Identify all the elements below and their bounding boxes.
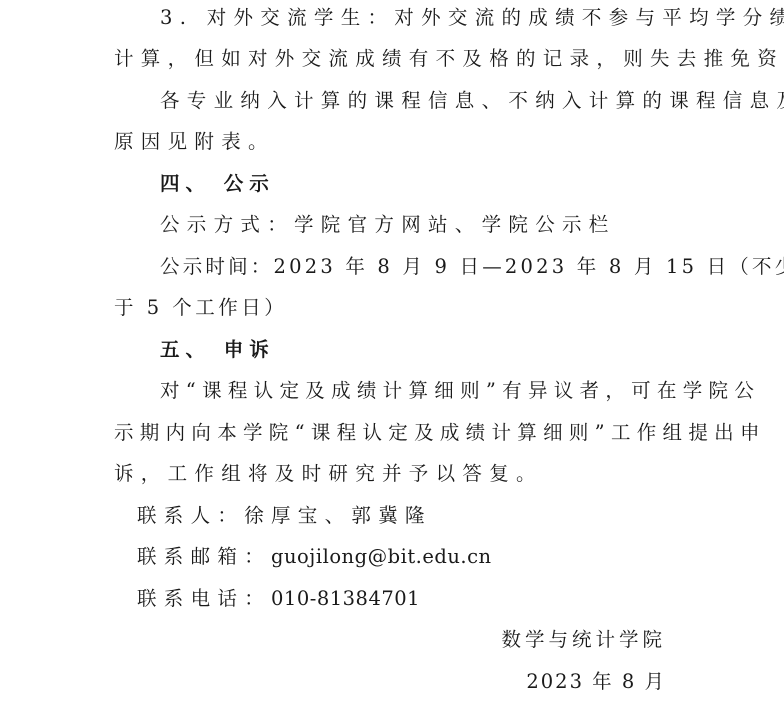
contact-email[interactable]: guojilong@bit.edu.cn bbox=[271, 545, 492, 568]
signature-org: 数学与统计学院 bbox=[501, 628, 666, 652]
publicity-method: 公示方式：学院官方网站、学院公示栏 bbox=[160, 213, 616, 237]
contact-phone: 010-81384701 bbox=[271, 587, 420, 610]
contact-email-label: 联系邮箱： bbox=[137, 545, 271, 568]
appendix-note-line1: 各专业纳入计算的课程信息、不纳入计算的课程信息及 bbox=[160, 89, 784, 113]
publicity-time-line2: 于 5 个工作日） bbox=[114, 296, 287, 320]
section5-heading: 五、 申诉 bbox=[160, 338, 275, 362]
publicity-time-line1: 公示时间：2023 年 8 月 9 日—2023 年 8 月 15 日（不少 bbox=[160, 255, 784, 279]
contact-phone-label: 联系电话： bbox=[137, 587, 271, 610]
contact-phone-row: 联系电话：010-81384701 bbox=[137, 587, 420, 611]
appeal-body-line2: 示期内向本学院“课程认定及成绩计算细则”工作组提出申 bbox=[114, 421, 766, 445]
appeal-body-line3: 诉，工作组将及时研究并予以答复。 bbox=[114, 462, 543, 486]
signature-date: 2023 年 8 月 bbox=[526, 670, 666, 694]
appeal-body-line1: 对“课程认定及成绩计算细则”有异议者，可在学院公 bbox=[160, 379, 760, 403]
item3-line2: 计算，但如对外交流成绩有不及格的记录，则失去推免资格。 bbox=[114, 47, 784, 71]
contact-email-row: 联系邮箱：guojilong@bit.edu.cn bbox=[137, 545, 492, 569]
item3-line1: 3. 对外交流学生：对外交流的成绩不参与平均学分绩的 bbox=[160, 6, 784, 30]
section4-heading: 四、 公示 bbox=[160, 172, 275, 196]
appendix-note-line2: 原因见附表。 bbox=[114, 130, 275, 154]
contact-person: 联系人：徐厚宝、郭冀隆 bbox=[137, 504, 432, 528]
